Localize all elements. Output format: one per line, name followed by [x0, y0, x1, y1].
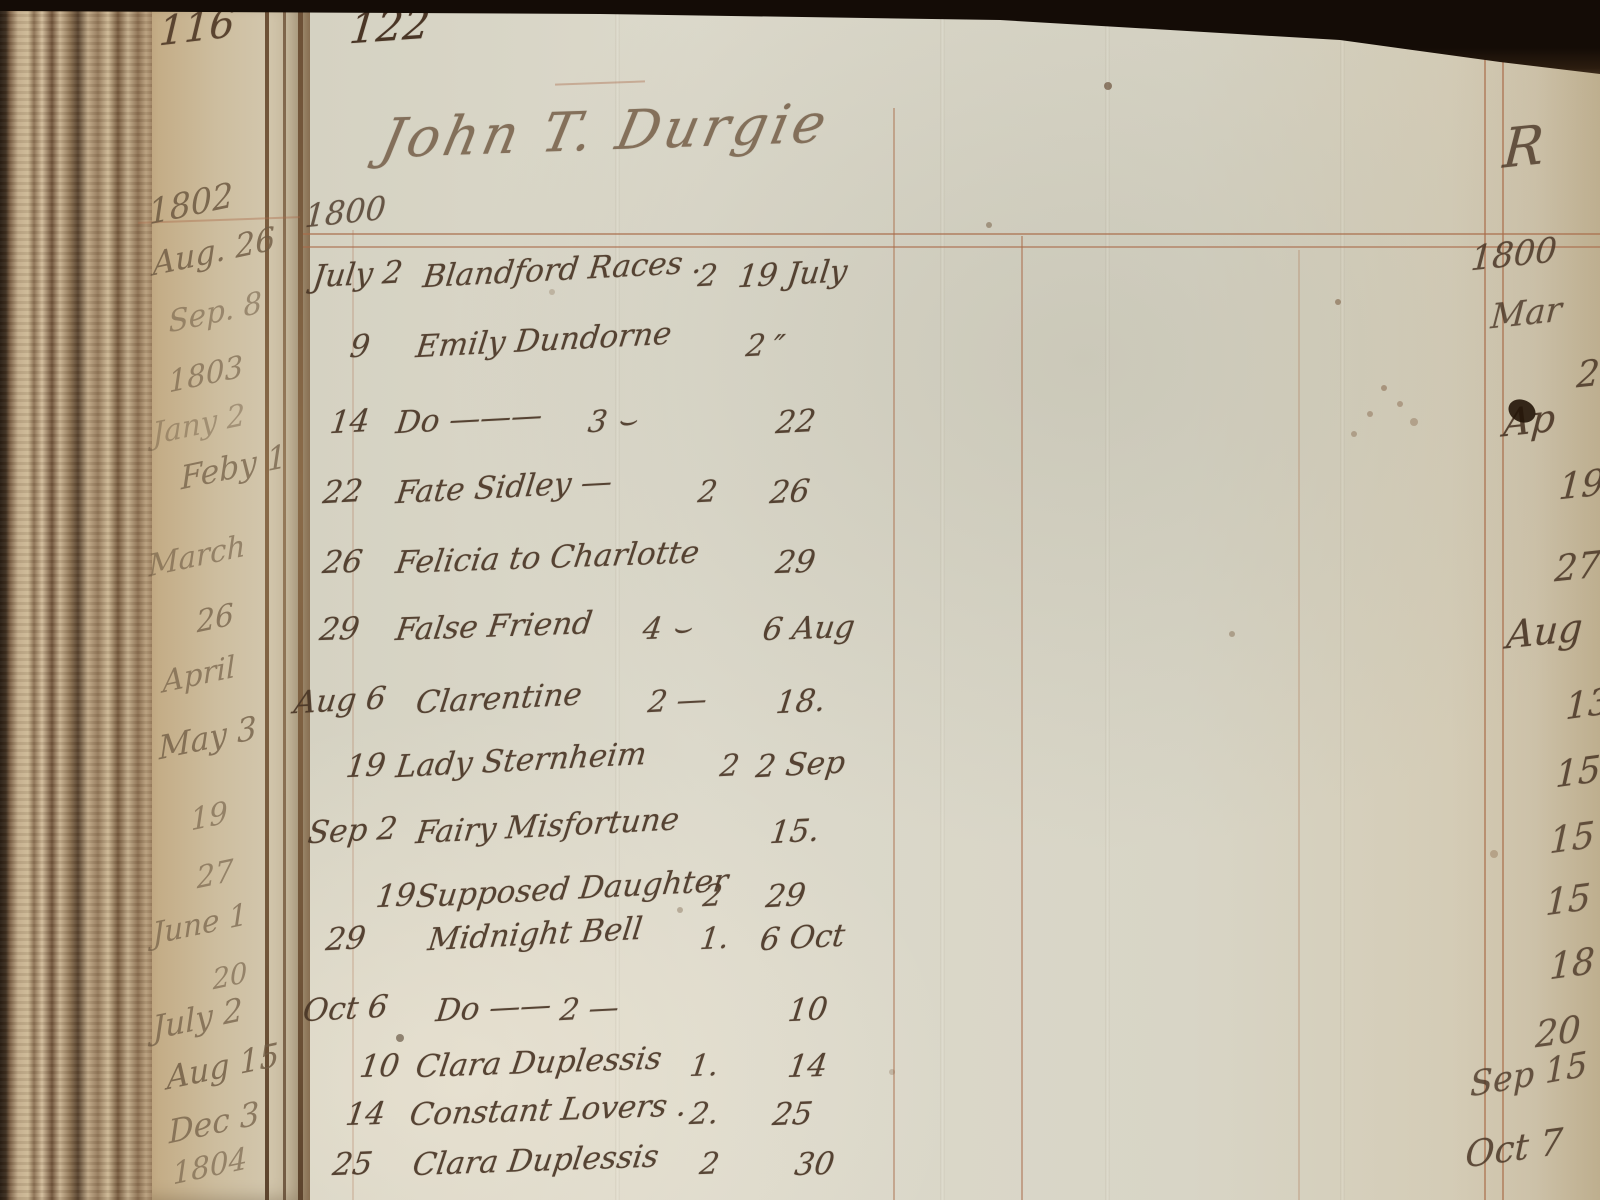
next-page-fragment: 19: [1557, 465, 1600, 506]
next-page-fragment: Aug: [1505, 608, 1584, 654]
paper-crease: [1340, 0, 1345, 1200]
ruled-line-horizontal: [303, 233, 1600, 235]
entry-date: 29: [324, 923, 367, 956]
next-page-fragment: 18: [1549, 944, 1596, 987]
entry-volume: 2: [696, 477, 719, 508]
entry-date: 19: [344, 750, 387, 783]
paper-crease: [940, 0, 945, 1200]
entry-date: 22: [321, 476, 364, 509]
paper-crease: [1105, 0, 1110, 1200]
next-page-fragment: R: [1501, 118, 1545, 177]
entry-volume: 2: [744, 331, 767, 362]
entry-date: 9: [348, 331, 372, 363]
entry-return-date: 14: [786, 1051, 830, 1084]
entry-volume: 2.: [688, 1099, 721, 1130]
margin-date: 27: [196, 856, 234, 894]
entry-volume: 1.: [698, 924, 730, 956]
entry-volume: 2: [701, 881, 724, 912]
ledger-photo: 116 122 John T. Durgie 1800 1802Aug. 26S…: [0, 0, 1600, 1200]
entry-return-date: 30: [793, 1149, 837, 1182]
entry-volume: 2 —: [558, 993, 620, 1026]
entry-title: False Friend: [394, 608, 595, 646]
next-page-fragment: 2: [1575, 356, 1600, 395]
entry-date: 14: [344, 1099, 388, 1132]
entry-volume: 2: [696, 261, 719, 292]
ruled-line-vertical: [1502, 58, 1504, 1200]
entry-date: Sep 2: [306, 813, 399, 849]
entry-date: July 2: [311, 257, 404, 293]
next-page-fragment: 15: [1549, 818, 1596, 861]
ruled-line-vertical: [1298, 250, 1300, 1200]
margin-date: 26: [196, 600, 234, 638]
entry-date: 25: [331, 1149, 375, 1182]
entry-title: Do ———: [394, 400, 544, 439]
entry-return-date: 6 Oct: [758, 921, 847, 957]
ruled-line-vertical: [893, 108, 895, 1200]
entry-date: 19: [374, 880, 417, 913]
entry-title: Clara Duplessis: [414, 1043, 664, 1083]
entry-title: Clara Duplessis: [411, 1141, 661, 1181]
account-holder-name: John T. Durgie: [376, 96, 834, 166]
margin-date: 20: [212, 959, 248, 995]
page-edge-line: [265, 0, 269, 1200]
entry-volume: 2 —: [646, 685, 708, 718]
entry-title: Clarentine: [414, 679, 584, 719]
entry-return-date: 18.: [774, 685, 827, 719]
entry-date: 26: [321, 547, 365, 580]
year-heading: 1800: [304, 191, 387, 232]
entry-return-date: 6 Aug: [761, 612, 857, 646]
entry-return-date: 26: [768, 476, 811, 509]
entry-return-date: 10: [786, 994, 829, 1027]
ruled-line-vertical: [1021, 236, 1023, 1200]
entry-return-date: 22: [774, 406, 817, 439]
book-page-edges: [0, 0, 152, 1200]
entry-volume: 3 ⌣: [586, 405, 638, 438]
ruled-line-horizontal: [303, 246, 1600, 248]
entry-title: Do ——: [434, 990, 553, 1027]
ruled-line-vertical: [1484, 58, 1486, 1200]
next-page-fragment: 1800: [1470, 233, 1558, 276]
entry-date: 10: [358, 1051, 402, 1084]
entry-volume: 1.: [688, 1051, 721, 1082]
entry-volume: 2: [718, 751, 741, 782]
entry-return-date: 2 Sep: [754, 747, 847, 783]
next-page-fragment: 15: [1545, 880, 1592, 923]
entry-return-date: 25: [771, 1099, 815, 1132]
entry-return-date: 15.: [768, 815, 821, 849]
entry-return-date: 29: [774, 547, 818, 580]
page-edge-line: [283, 0, 286, 1200]
entry-return-date: 29: [764, 880, 807, 913]
margin-date: 19: [190, 798, 228, 836]
next-page-fragment: 27: [1553, 547, 1600, 588]
next-page-fragment: 15: [1555, 752, 1600, 795]
entry-date: Oct 6: [301, 992, 390, 1028]
entry-volume: 4 ⌣: [641, 613, 694, 645]
entry-date: Aug 6: [292, 683, 387, 719]
entry-date: 14: [328, 406, 371, 439]
next-page-fragment: Mar: [1490, 293, 1563, 335]
entry-return-date: 19 July: [736, 256, 849, 293]
next-page-fragment: 13: [1565, 684, 1600, 727]
entry-date: 29: [318, 614, 362, 647]
